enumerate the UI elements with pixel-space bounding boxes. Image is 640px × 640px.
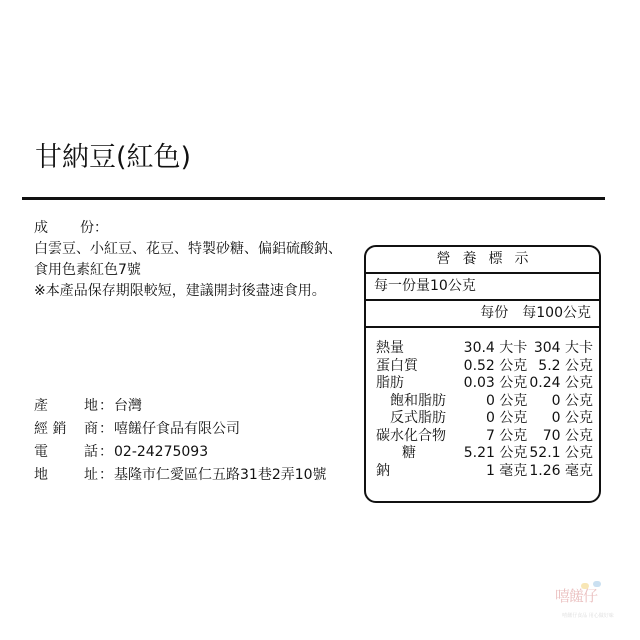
logo-decoration-icon [593, 581, 601, 587]
title-divider [22, 197, 605, 200]
nutrition-row-protein: 蛋白質 0.52 公克 5.2 公克 [376, 358, 593, 376]
nutrition-row-sugar: 糖 5.21 公克 52.1 公克 [376, 445, 593, 463]
brand-logo: 嘻饈仔 嘻饈仔食品 用心做好味 [555, 585, 621, 625]
info-address: 地址 ： 基隆市仁愛區仁五路31巷2弄10號 [34, 464, 354, 487]
logo-tagline: 嘻饈仔食品 用心做好味 [555, 612, 621, 619]
nutrition-rows: 熱量 30.4 大卡 304 大卡 蛋白質 0.52 公克 5.2 公克 脂肪 … [366, 328, 599, 480]
nutrition-row-sodium: 鈉 1 毫克 1.26 毫克 [376, 463, 593, 481]
info-origin: 產地 ： 台灣 [34, 395, 354, 418]
product-info: 產地 ： 台灣 經 銷商 ： 嘻饈仔食品有限公司 電話 ： 02-2427509… [34, 395, 354, 487]
product-title: 甘納豆(紅色) [35, 142, 191, 174]
nutrition-row-fat: 脂肪 0.03 公克 0.24 公克 [376, 375, 593, 393]
ingredients-label: 成 份： [34, 218, 344, 239]
distributor-value: 嘻饈仔食品有限公司 [114, 418, 240, 441]
address-value: 基隆市仁愛區仁五路31巷2弄10號 [114, 464, 327, 487]
ingredients-section: 成 份： 白雲豆、小紅豆、花豆、特製砂糖、偏鋁硫酸鈉、食用色素紅色7號 ※本產品… [34, 218, 344, 302]
serving-size: 每一份量10公克 [366, 274, 599, 301]
info-phone: 電話 ： 02-24275093 [34, 441, 354, 464]
nutrition-heading: 營養標示 [366, 247, 599, 274]
nutrition-row-carbohydrate: 碳水化合物 7 公克 70 公克 [376, 428, 593, 446]
logo-decoration-icon [581, 583, 589, 589]
col-per-100g: 每100公克 [522, 301, 591, 326]
nutrition-row-calories: 熱量 30.4 大卡 304 大卡 [376, 340, 593, 358]
info-distributor: 經 銷商 ： 嘻饈仔食品有限公司 [34, 418, 354, 441]
storage-note: ※本產品保存期限較短，建議開封後盡速食用。 [34, 281, 344, 302]
nutrition-facts-table: 營養標示 每一份量10公克 每份 每100公克 熱量 30.4 大卡 304 大… [364, 245, 601, 503]
nutrition-row-saturated-fat: 飽和脂肪 0 公克 0 公克 [376, 393, 593, 411]
col-per-serving: 每份 [480, 301, 508, 326]
origin-value: 台灣 [114, 395, 142, 418]
nutrition-column-headers: 每份 每100公克 [366, 301, 599, 328]
ingredients-text: 白雲豆、小紅豆、花豆、特製砂糖、偏鋁硫酸鈉、食用色素紅色7號 [34, 239, 344, 281]
nutrition-row-trans-fat: 反式脂肪 0 公克 0 公克 [376, 410, 593, 428]
phone-value: 02-24275093 [114, 441, 208, 464]
